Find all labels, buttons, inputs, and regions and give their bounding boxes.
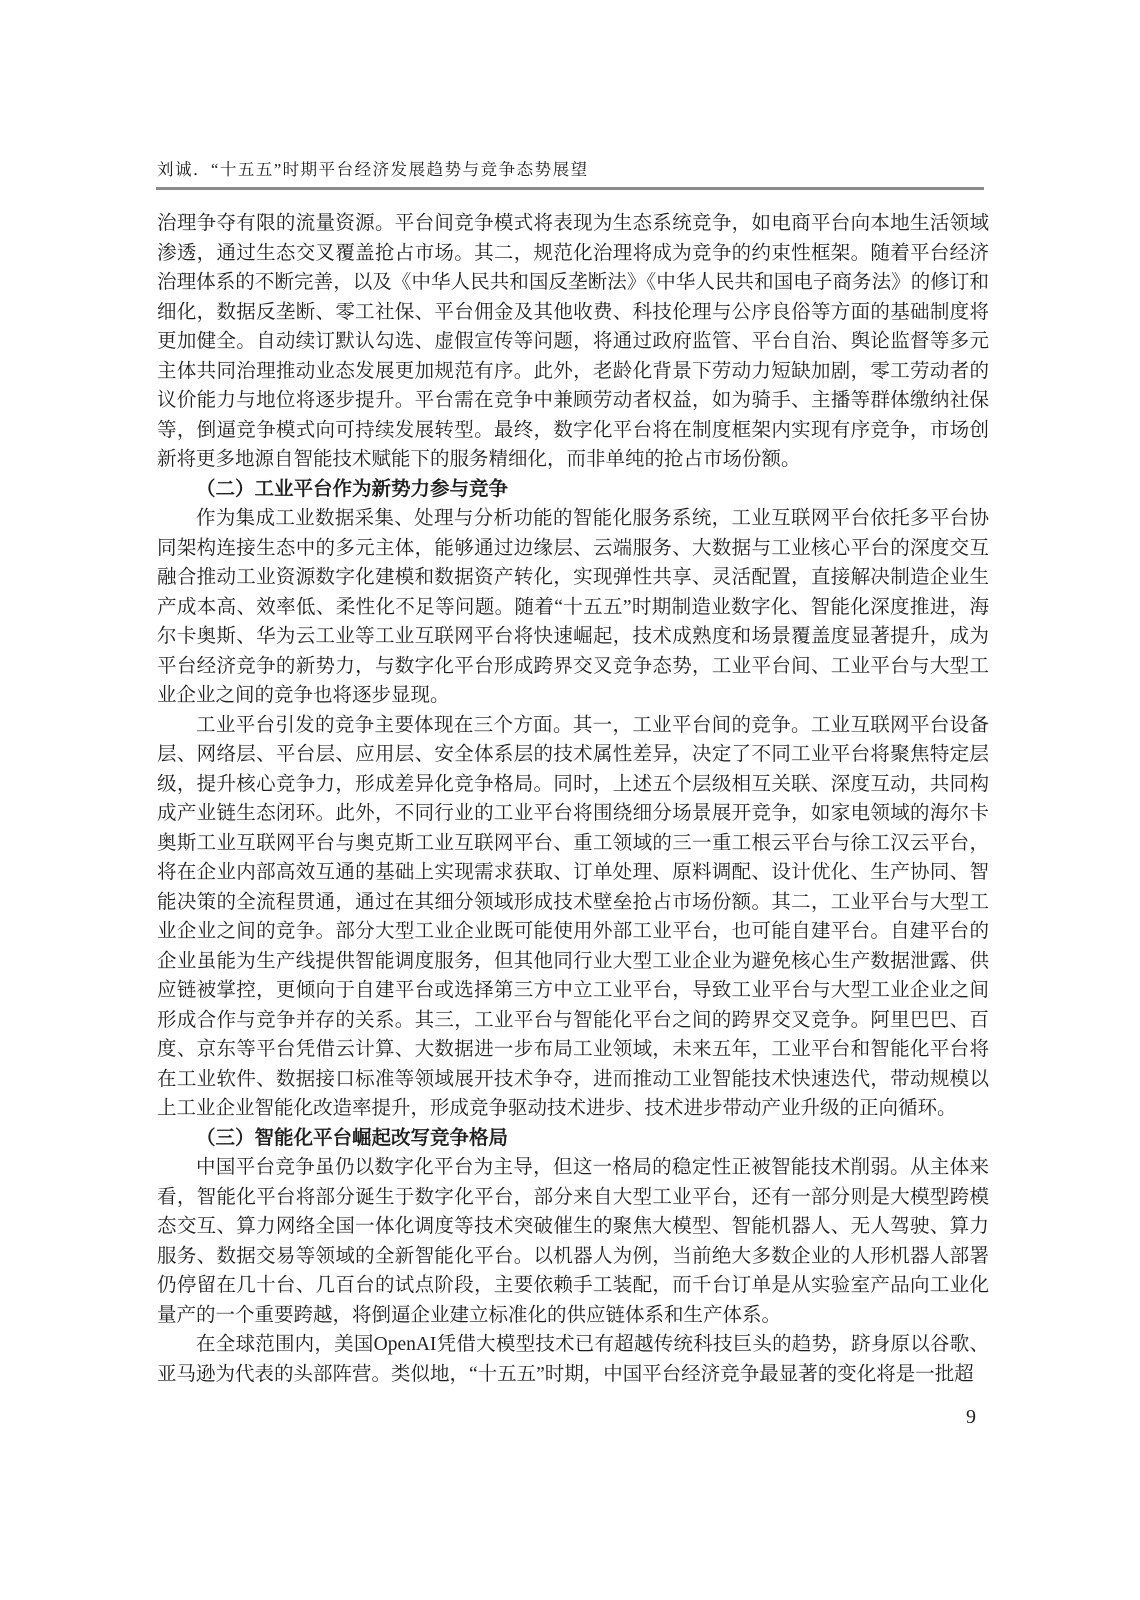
content-column: 治理争夺有限的流量资源。平台间竞争模式将表现为生态系统竞争，如电商平台向本地生活… — [157, 209, 989, 1389]
section-heading-2: （二）工业平台作为新势力参与竞争 — [157, 475, 989, 505]
section-heading-3: （三）智能化平台崛起改写竞争格局 — [157, 1124, 989, 1154]
body-paragraph-continuation: 治理争夺有限的流量资源。平台间竞争模式将表现为生态系统竞争，如电商平台向本地生活… — [157, 209, 989, 475]
body-paragraph: 中国平台竞争虽仍以数字化平台为主导，但这一格局的稳定性正被智能技术削弱。从主体来… — [157, 1153, 989, 1330]
page-number: 9 — [966, 1406, 976, 1429]
header-rule — [156, 187, 984, 190]
document-page: 刘诚．“十五五”时期平台经济发展趋势与竞争态势展望 治理争夺有限的流量资源。平台… — [0, 0, 1140, 1600]
body-paragraph: 工业平台引发的竞争主要体现在三个方面。其一，工业平台间的竞争。工业互联网平台设备… — [157, 711, 989, 1124]
body-paragraph: 作为集成工业数据采集、处理与分析功能的智能化服务系统，工业互联网平台依托多平台协… — [157, 504, 989, 711]
running-header: 刘诚．“十五五”时期平台经济发展趋势与竞争态势展望 — [157, 156, 989, 180]
body-paragraph: 在全球范围内，美国OpenAI凭借大模型技术已有超越传统科技巨头的趋势，跻身原以… — [157, 1330, 989, 1389]
running-header-text: 刘诚．“十五五”时期平台经济发展趋势与竞争态势展望 — [157, 160, 589, 179]
